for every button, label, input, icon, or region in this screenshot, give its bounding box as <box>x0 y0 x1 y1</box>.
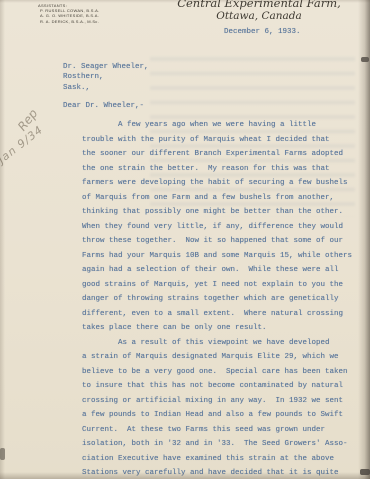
letterhead-staff-list: ASSISTANTS: P. RUSSELL COWAN, B.S.A.A. G… <box>40 3 100 24</box>
text-line: R. A. DERICK, B.S.A., M.Sc. <box>40 19 100 24</box>
text-line: crossing or artificial mixing in any way… <box>82 394 352 409</box>
text-line: takes place there can be only one result… <box>82 321 352 336</box>
text-line: the one strain the better. My reason for… <box>82 162 352 177</box>
text-line: believe to be a very good one. Special c… <box>82 365 352 380</box>
recipient-address: Dr. Seager Wheeler,Rosthern,Sask., <box>63 62 149 93</box>
text-line: Farms had your Marquis 10B and some Marq… <box>82 249 352 264</box>
scan-shadow-right <box>358 0 370 479</box>
date-line: December 6, 1933. <box>224 28 301 36</box>
text-line: danger of throwing strains together whic… <box>82 292 352 307</box>
edge-speck <box>360 469 370 475</box>
text-line: farmers were developing the habit of sec… <box>82 176 352 191</box>
letter-scan-page: ASSISTANTS: P. RUSSELL COWAN, B.S.A.A. G… <box>0 0 370 479</box>
staff-list-lines: P. RUSSELL COWAN, B.S.A.A. G. O. WHITESI… <box>40 8 100 24</box>
text-line: to insure that this has not become conta… <box>82 379 352 394</box>
text-line: Rosthern, <box>63 72 149 82</box>
text-line: of Marquis from one Farm and a few bushe… <box>82 191 352 206</box>
text-line: again had a selection of their own. Whil… <box>82 263 352 278</box>
scan-shadow-top <box>0 0 370 3</box>
text-line: thinking that possibly one might be bett… <box>82 205 352 220</box>
institution-location: Ottawa, Canada <box>158 10 360 23</box>
letter-body: A few years ago when we were having a li… <box>82 118 352 479</box>
text-line: good strains of Marquis, yet I need not … <box>82 278 352 293</box>
salutation: Dear Dr. Wheeler,- <box>63 102 144 110</box>
text-line: As a result of this viewpoint we have de… <box>82 336 352 351</box>
edge-speck <box>361 57 369 62</box>
text-line: ciation Executive have examined this str… <box>82 452 352 467</box>
text-line: Dr. Seager Wheeler, <box>63 62 149 72</box>
edge-speck <box>0 448 5 460</box>
text-line: A. G. O. WHITESIDE, B.S.A. <box>40 13 100 18</box>
text-line: a few pounds to Indian Head and also a f… <box>82 408 352 423</box>
text-line: the sooner our different Branch Experime… <box>82 147 352 162</box>
text-line: throw these together. Now it so happened… <box>82 234 352 249</box>
text-line: different, even to a small extent. Where… <box>82 307 352 322</box>
letterhead-institution: Central Experimental Farm, Ottawa, Canad… <box>158 0 360 23</box>
text-line: Current. At these two Farms this seed wa… <box>82 423 352 438</box>
text-line: a strain of Marquis designated Marquis E… <box>82 350 352 365</box>
scan-shadow-left <box>0 0 5 479</box>
text-line: trouble with the purity of Marquis wheat… <box>82 133 352 148</box>
text-line: isolation, both in '32 and in '33. The S… <box>82 437 352 452</box>
text-line: Sask., <box>63 83 149 93</box>
text-line: When they found very little, if any, dif… <box>82 220 352 235</box>
scan-shadow-bottom <box>0 472 370 479</box>
text-line: A few years ago when we were having a li… <box>82 118 352 133</box>
